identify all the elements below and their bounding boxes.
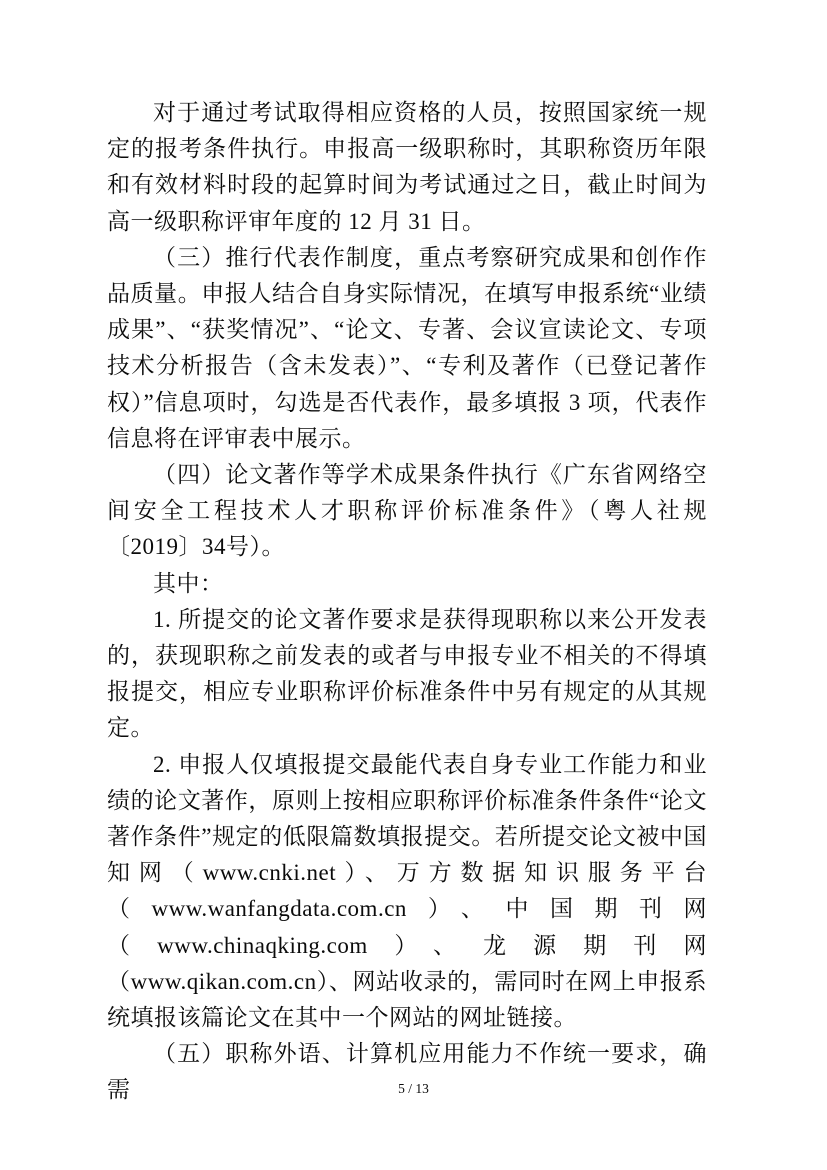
page-number: 5 / 13	[0, 1081, 827, 1097]
para-exam-qualification: 对于通过考试取得相应资格的人员，按照国家统一规定的报考条件执行。申报高一级职称时…	[107, 95, 707, 240]
document-body: 对于通过考试取得相应资格的人员，按照国家统一规定的报考条件执行。申报高一级职称时…	[107, 95, 707, 1109]
document-page: 对于通过考试取得相应资格的人员，按照国家统一规定的报考条件执行。申报高一级职称时…	[0, 0, 827, 1170]
para-item-five-language-computer: （五）职称外语、计算机应用能力不作统一要求，确需	[107, 1036, 707, 1108]
para-sub-rule-1: 1. 所提交的论文著作要求是获得现职称以来公开发表的，获现职称之前发表的或者与申…	[107, 602, 707, 747]
para-sub-rule-2-journal-sites: 2. 申报人仅填报提交最能代表自身专业工作能力和业绩的论文著作，原则上按相应职称…	[107, 747, 707, 1037]
para-item-three-representative-works: （三）推行代表作制度，重点考察研究成果和创作作品质量。申报人结合自身实际情况，在…	[107, 240, 707, 457]
para-item-four-academic-criteria: （四）论文著作等学术成果条件执行《广东省网络空间安全工程技术人才职称评价标准条件…	[107, 457, 707, 566]
para-among-which: 其中：	[107, 566, 707, 602]
